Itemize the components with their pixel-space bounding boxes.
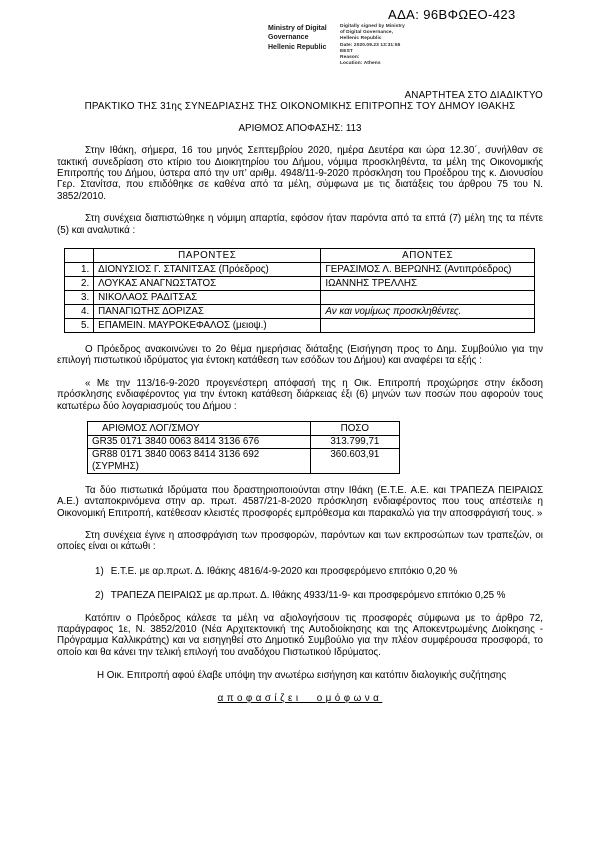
member-number: 3.	[65, 291, 94, 305]
account-amount: 313.799,71	[310, 435, 399, 448]
paragraph-evaluation-call: Κατόπιν ο Πρόεδρος κάλεσε τα μέλη να αξι…	[57, 613, 543, 659]
offer-item: 2)ΤΡΑΠΕΖΑ ΠΕΙΡΑΙΩΣ με αρ.πρωτ. Δ. Ιθάκης…	[57, 590, 543, 601]
accounts-table: ΑΡΙΘΜΟΣ ΛΟΓ/ΣΜΟΥ ΠΟΣΟ GR35 0171 3840 006…	[87, 421, 400, 474]
document-title: ΠΡΑΚΤΙΚΟ ΤΗΣ 31ης ΣΥΝΕΔΡΙΑΣΗΣ ΤΗΣ ΟΙΚΟΝΟ…	[57, 101, 543, 112]
member-present: ΛΟΥΚΑΣ ΑΝΑΓΝΩΣΤΑΤΟΣ	[94, 277, 321, 291]
member-present: ΔΙΟΝΥΣΙΟΣ Γ. ΣΤΑΝΙΤΣΑΣ (Πρόεδρος)	[94, 263, 321, 277]
account-number: GR35 0171 3840 0063 8414 3136 676	[88, 435, 311, 448]
paragraph-session-intro: Στην Ιθάκη, σήμερα, 16 του μηνός Σεπτεμβ…	[57, 145, 543, 202]
members-table: ΠΑΡΟΝΤΕΣ ΑΠΟΝΤΕΣ 1. ΔΙΟΝΥΣΙΟΣ Γ. ΣΤΑΝΙΤΣ…	[64, 248, 535, 333]
member-absent-note: Αν και νομίμως προσκληθέντες.	[321, 305, 535, 319]
members-header-present: ΠΑΡΟΝΤΕΣ	[94, 249, 321, 263]
paragraph-banks-response: Τα δύο πιστωτικά Ιδρύματα που δραστηριοπ…	[57, 485, 543, 519]
table-row: 3. ΝΙΚΟΛΑΟΣ ΡΑΔΙΤΣΑΣ	[65, 291, 535, 305]
offer-text: ΤΡΑΠΕΖΑ ΠΕΙΡΑΙΩΣ με αρ.πρωτ. Δ. Ιθάκης 4…	[111, 590, 506, 601]
table-row: GR88 0171 3840 0063 8414 3136 692 (ΣΥΡΜΗ…	[88, 448, 400, 473]
table-row: 2. ΛΟΥΚΑΣ ΑΝΑΓΝΩΣΤΑΤΟΣ ΙΩΑΝΝΗΣ ΤΡΕΛΛΗΣ	[65, 277, 535, 291]
member-number: 4.	[65, 305, 94, 319]
member-present: ΕΠΑΜΕΙΝ. ΜΑΥΡΟΚΕΦΑΛΟΣ (μειοψ.)	[94, 319, 321, 333]
paragraph-prior-decision: « Με την 113/16-9-2020 προγενέστερη απόφ…	[57, 378, 543, 412]
account-number: GR88 0171 3840 0063 8414 3136 692 (ΣΥΡΜΗ…	[88, 448, 311, 473]
member-absent: ΓΕΡΑΣΙΜΟΣ Λ. ΒΕΡΩΝΗΣ (Αντιπρόεδρος)	[321, 263, 535, 277]
paragraph-agenda-item: Ο Πρόεδρος ανακοινώνει το 2ο θέμα ημερήσ…	[57, 344, 543, 367]
member-absent	[321, 319, 535, 333]
member-absent	[321, 291, 535, 305]
members-table-header-row: ΠΑΡΟΝΤΕΣ ΑΠΟΝΤΕΣ	[65, 249, 535, 263]
document-body: ΑΝΑΡΤΗΤΕΑ ΣΤΟ ΔΙΑΔΙΚΤΥΟ ΠΡΑΚΤΙΚΟ ΤΗΣ 31η…	[57, 0, 543, 704]
publish-note: ΑΝΑΡΤΗΤΕΑ ΣΤΟ ΔΙΑΔΙΚΤΥΟ	[57, 90, 543, 101]
verdict-line: αποφασίζει ομόφωνα	[57, 693, 543, 704]
offer-label: 2)	[95, 590, 104, 601]
members-header-num	[65, 249, 94, 263]
offer-label: 1)	[95, 566, 104, 577]
account-iban: GR88 0171 3840 0063 8414 3136 692	[92, 449, 259, 460]
table-row: 5. ΕΠΑΜΕΙΝ. ΜΑΥΡΟΚΕΦΑΛΟΣ (μειοψ.)	[65, 319, 535, 333]
account-note: (ΣΥΡΜΗΣ)	[92, 461, 306, 472]
decision-number: ΑΡΙΘΜΟΣ ΑΠΟΦΑΣΗΣ: 113	[57, 123, 543, 134]
accounts-header-number: ΑΡΙΘΜΟΣ ΛΟΓ/ΣΜΟΥ	[88, 422, 311, 435]
account-amount: 360.603,91	[310, 448, 399, 473]
member-number: 2.	[65, 277, 94, 291]
member-present: ΝΙΚΟΛΑΟΣ ΡΑΔΙΤΣΑΣ	[94, 291, 321, 305]
member-absent: ΙΩΑΝΝΗΣ ΤΡΕΛΛΗΣ	[321, 277, 535, 291]
account-iban: GR35 0171 3840 0063 8414 3136 676	[92, 436, 259, 447]
paragraph-committee-considered: Η Οικ. Επιτροπή αφού έλαβε υπόψη την ανω…	[57, 670, 543, 681]
table-row: 1. ΔΙΟΝΥΣΙΟΣ Γ. ΣΤΑΝΙΤΣΑΣ (Πρόεδρος) ΓΕΡ…	[65, 263, 535, 277]
accounts-table-header-row: ΑΡΙΘΜΟΣ ΛΟΓ/ΣΜΟΥ ΠΟΣΟ	[88, 422, 400, 435]
document-page: ΑΔΑ: 96ΒΦΩΕΟ-423 Ministry of Digital Gov…	[0, 0, 595, 842]
offer-item: 1)Ε.Τ.Ε. με αρ.πρωτ. Δ. Ιθάκης 4816/4-9-…	[57, 566, 543, 577]
paragraph-unsealing: Στη συνέχεια έγινε η αποσφράγιση των προ…	[57, 530, 543, 553]
accounts-header-amount: ΠΟΣΟ	[310, 422, 399, 435]
member-number: 5.	[65, 319, 94, 333]
offer-text: Ε.Τ.Ε. με αρ.πρωτ. Δ. Ιθάκης 4816/4-9-20…	[111, 566, 458, 577]
table-row: 4. ΠΑΝΑΓΙΩΤΗΣ ΔΟΡΙΖΑΣ Αν και νομίμως προ…	[65, 305, 535, 319]
verdict-text: αποφασίζει ομόφωνα	[218, 693, 383, 704]
member-number: 1.	[65, 263, 94, 277]
paragraph-quorum: Στη συνέχεια διαπιστώθηκε η νόμιμη απαρτ…	[57, 213, 543, 236]
member-present: ΠΑΝΑΓΙΩΤΗΣ ΔΟΡΙΖΑΣ	[94, 305, 321, 319]
members-header-absent: ΑΠΟΝΤΕΣ	[321, 249, 535, 263]
table-row: GR35 0171 3840 0063 8414 3136 676 313.79…	[88, 435, 400, 448]
